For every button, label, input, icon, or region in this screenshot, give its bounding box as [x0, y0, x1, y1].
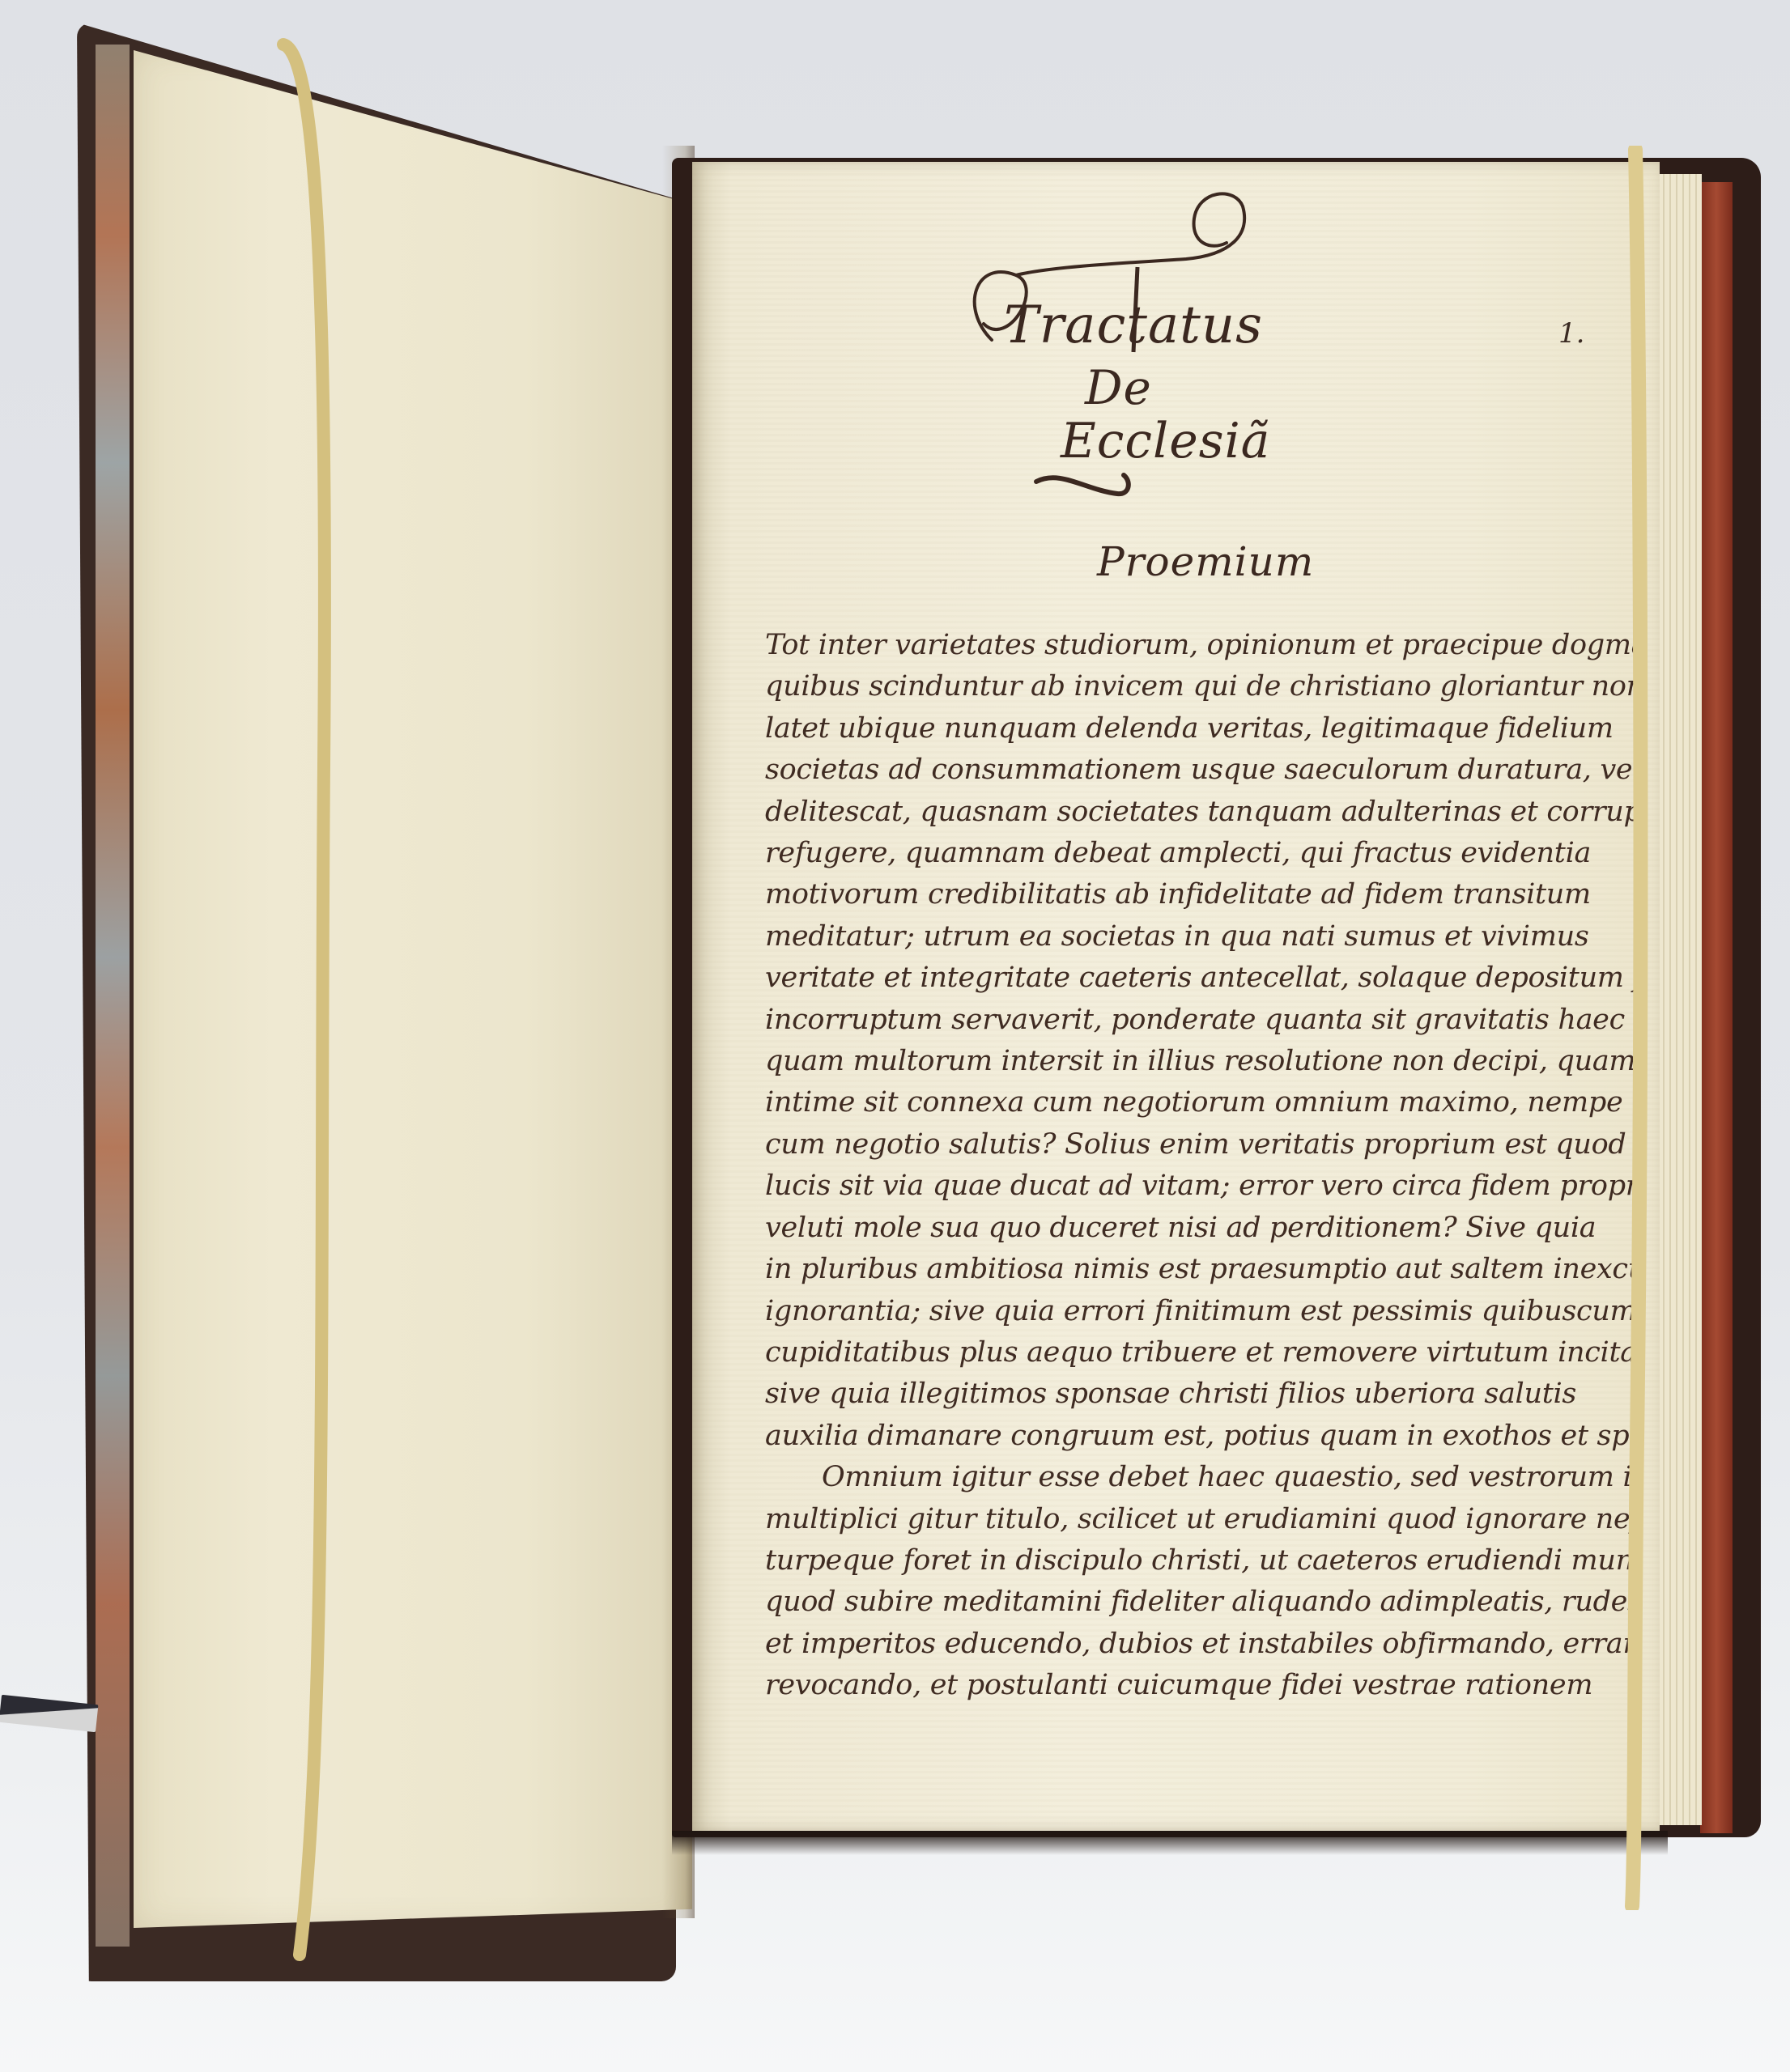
text-line: turpeque foret in discipulo christi, ut … — [765, 1540, 1639, 1582]
text-line: refugere, quamnam debeat amplecti, qui f… — [765, 833, 1639, 874]
text-line: Tot inter varietates studiorum, opinionu… — [765, 625, 1639, 666]
title-line-tractatus: Tractatus — [1004, 295, 1263, 355]
left-blank-page — [134, 50, 692, 1928]
red-sprinkled-page-edge — [1700, 182, 1733, 1833]
text-line: quibus scinduntur ab invicem qui de chri… — [765, 666, 1639, 707]
title-line-de: De — [1085, 360, 1152, 415]
text-line: veluti mole sua quo duceret nisi ad perd… — [765, 1208, 1639, 1249]
manuscript-body-text: Tot inter varietates studiorum, opinionu… — [765, 625, 1639, 1707]
text-line: meditatur; utrum ea societas in qua nati… — [765, 916, 1639, 957]
text-line-paragraph-start: Omnium igitur esse debet haec quaestio, … — [765, 1457, 1639, 1498]
text-line: societas ad consummationem usque saeculo… — [765, 749, 1639, 791]
text-line: sive quia illegitimos sponsae christi fi… — [765, 1374, 1639, 1415]
title-line-ecclesia: Ecclesiã — [1061, 413, 1270, 469]
text-line: intime sit connexa cum negotiorum omnium… — [765, 1082, 1639, 1123]
text-line: lucis sit via quae ducat ad vitam; error… — [765, 1165, 1639, 1207]
folio-number: 1. — [1558, 317, 1584, 350]
text-line: cum negotio salutis? Solius enim veritat… — [765, 1124, 1639, 1165]
text-line: et imperitos educendo, dubios et instabi… — [765, 1624, 1639, 1665]
text-line: in pluribus ambitiosa nimis est praesump… — [765, 1249, 1639, 1290]
text-line: incorruptum servaverit, ponderate quanta… — [765, 1000, 1639, 1041]
text-line: ignorantia; sive quia errori finitimum e… — [765, 1291, 1639, 1332]
marbled-endpaper-edge — [96, 45, 130, 1947]
text-line: delitescat, quasnam societates tanquam a… — [765, 792, 1639, 833]
text-line: quam multorum intersit in illius resolut… — [765, 1041, 1639, 1082]
text-line: multiplici gitur titulo, scilicet ut eru… — [765, 1499, 1639, 1540]
text-line: auxilia dimanare congruum est, potius qu… — [765, 1416, 1639, 1457]
text-line: motivorum credibilitatis ab infidelitate… — [765, 874, 1639, 915]
text-line: latet ubique nunquam delenda veritas, le… — [765, 708, 1639, 749]
swash-ornament-icon — [1028, 465, 1133, 510]
text-line: revocando, et postulanti cuicumque fidei… — [765, 1665, 1639, 1706]
text-line: cupiditatibus plus aequo tribuere et rem… — [765, 1332, 1639, 1374]
text-line: veritate et integritate caeteris antecel… — [765, 957, 1639, 999]
rubber-band-right — [1611, 146, 1660, 1910]
subtitle-proemium: Proemium — [1097, 538, 1314, 585]
bookmark-slip — [0, 1695, 98, 1732]
cover-bottom-edge — [672, 1831, 1668, 1855]
rubber-band-left — [267, 36, 340, 1963]
text-line: quod subire meditamini fideliter aliquan… — [765, 1582, 1639, 1623]
